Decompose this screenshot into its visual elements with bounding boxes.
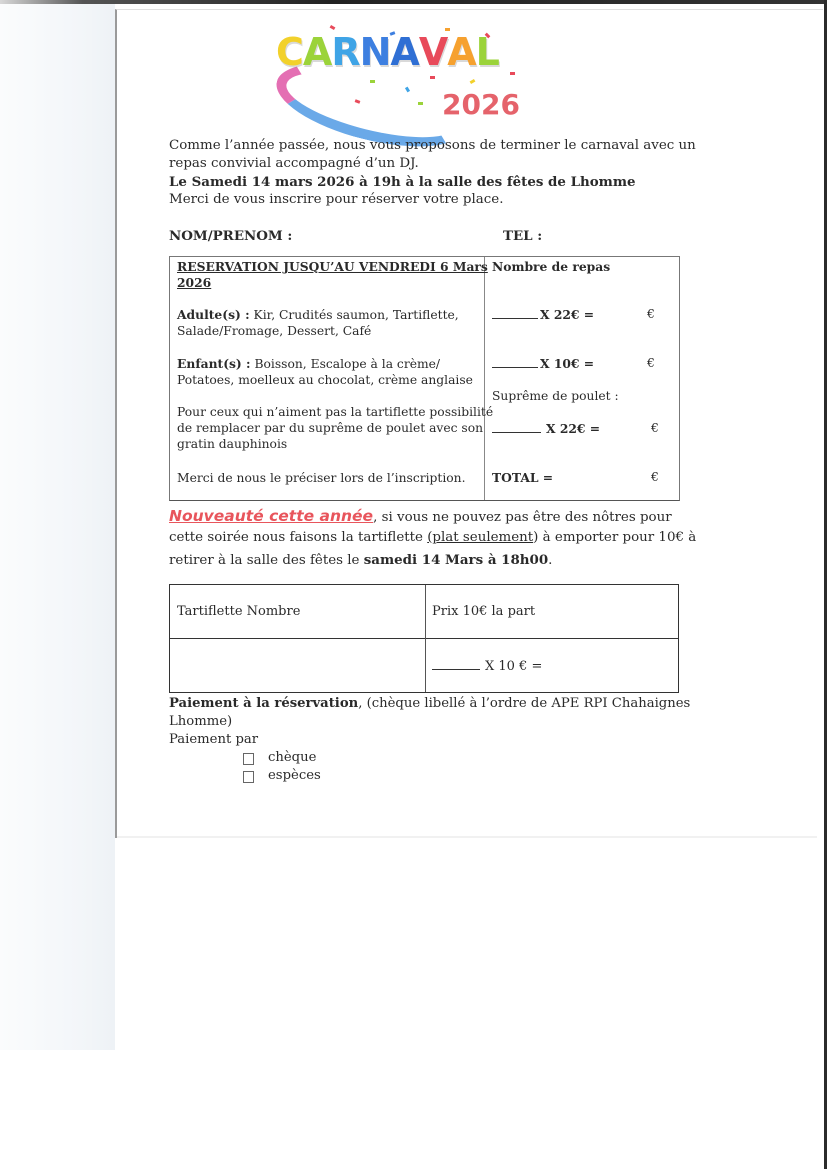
adult-label: Adulte(s) : <box>177 307 250 322</box>
cheque-option-label: chèque <box>268 749 316 768</box>
payment-title: Paiement à la réservation <box>169 696 358 711</box>
logo-letter: A <box>390 30 418 74</box>
intro-line-1: Comme l’année passée, nous vous proposon… <box>169 137 696 156</box>
logo-word: CARNAVAL <box>276 30 499 74</box>
total-label: TOTAL = <box>492 470 553 485</box>
child-total-currency: € <box>647 356 655 370</box>
child-menu-line-2: Potatoes, moelleux au chocolat, crème an… <box>177 372 473 389</box>
page-bottom-edge <box>117 836 817 838</box>
confetti-icon <box>445 28 450 31</box>
adult-quantity-blank[interactable] <box>492 307 538 319</box>
payment-method-label: Paiement par <box>169 731 258 750</box>
confetti-icon <box>510 72 515 75</box>
novelty-title: Nouveauté cette année <box>169 507 373 525</box>
alt-intro-line-3: gratin dauphinois <box>177 436 287 453</box>
confetti-icon <box>470 79 476 84</box>
pickup-date: samedi 14 Mars à 18h00 <box>364 552 548 568</box>
carnaval-logo: CARNAVAL 2026 <box>270 22 520 127</box>
logo-letter: C <box>276 30 303 74</box>
table-divider <box>425 585 426 692</box>
confetti-icon <box>418 102 423 105</box>
novelty-line-2: cette soirée nous faisons la tartiflette… <box>169 527 696 549</box>
child-label: Enfant(s) : <box>177 356 251 371</box>
novelty-line-1: Nouveauté cette année, si vous ne pouvez… <box>169 505 672 529</box>
adult-menu-line-2: Salade/Fromage, Dessert, Café <box>177 323 371 340</box>
alt-quantity-field[interactable]: X 22€ = <box>492 421 600 438</box>
adult-price: X 22€ = <box>540 307 594 322</box>
adult-total-currency: € <box>647 307 655 321</box>
payment-line-1: Paiement à la réservation, (chèque libel… <box>169 695 690 714</box>
payment-payee: , (chèque libellé à l’ordre de APE RPI C… <box>358 696 690 711</box>
child-price: X 10€ = <box>540 356 594 371</box>
cheque-checkbox[interactable] <box>243 753 254 765</box>
confetti-icon <box>370 80 375 83</box>
inscription-note: Merci de nous le préciser lors de l’insc… <box>177 470 466 487</box>
tartiflette-quantity-blank[interactable] <box>432 658 480 670</box>
tartiflette-count-field[interactable] <box>177 645 417 685</box>
adult-menu-line-1: Adulte(s) : Kir, Crudités saumon, Tartif… <box>177 307 459 324</box>
tartiflette-total-field[interactable]: X 10 € = <box>432 658 542 676</box>
child-quantity-field[interactable]: X 10€ = <box>492 356 594 373</box>
novelty-line-3-post: . <box>548 553 552 568</box>
logo-letter: V <box>419 30 447 74</box>
total-currency: € <box>651 470 659 484</box>
novelty-line-3-pre: retirer à la salle des fêtes le <box>169 553 364 568</box>
novelty-line-2-post: ) à emporter pour 10€ à <box>533 530 696 545</box>
alt-total-currency: € <box>651 421 659 435</box>
logo-letter: R <box>331 30 359 74</box>
table-divider <box>170 638 678 639</box>
reservation-table: RESERVATION JUSQU’AU VENDREDI 6 Mars 202… <box>169 256 680 501</box>
meals-count-header: Nombre de repas <box>492 259 610 276</box>
adult-quantity-field[interactable]: X 22€ = <box>492 307 594 324</box>
adult-menu-text: Kir, Crudités saumon, Tartiflette, <box>250 308 459 322</box>
scan-edge-top <box>0 0 827 4</box>
reservation-deadline-line-1: RESERVATION JUSQU’AU VENDREDI 6 Mars <box>177 259 488 276</box>
payment-line-2: Lhomme) <box>169 713 232 732</box>
intro-register-note: Merci de vous inscrire pour réserver vot… <box>169 191 503 210</box>
dish-only-note: (plat seulement <box>427 530 533 545</box>
logo-letter: A <box>303 30 331 74</box>
alt-intro-line-2: de remplacer par du suprême de poulet av… <box>177 420 483 437</box>
table-divider <box>484 257 485 500</box>
confetti-icon <box>430 76 435 79</box>
intro-line-2: repas convivial accompagné d’un DJ. <box>169 155 419 174</box>
cash-checkbox[interactable] <box>243 771 254 783</box>
logo-letter: A <box>447 30 475 74</box>
logo-letter: N <box>360 30 391 74</box>
tartiflette-price: X 10 € = <box>485 659 542 674</box>
child-quantity-blank[interactable] <box>492 356 538 368</box>
tartiflette-count-header: Tartiflette Nombre <box>177 604 300 621</box>
novelty-line-2-pre: cette soirée nous faisons la tartiflette <box>169 530 427 545</box>
novelty-line-3: retirer à la salle des fêtes le samedi 1… <box>169 549 552 572</box>
event-date-location: Le Samedi 14 mars 2026 à 19h à la salle … <box>169 173 636 192</box>
tel-label: TEL : <box>503 228 542 244</box>
novelty-line-1-text: , si vous ne pouvez pas être des nôtres … <box>373 510 672 525</box>
total-row: TOTAL = <box>492 470 553 487</box>
cash-option-label: espèces <box>268 767 321 786</box>
tartiflette-table: Tartiflette Nombre Prix 10€ la part X 10… <box>169 584 679 693</box>
alt-meal-label: Suprême de poulet : <box>492 388 619 405</box>
scan-background <box>0 0 115 1050</box>
reservation-deadline-line-2: 2026 <box>177 275 211 292</box>
child-menu-text: Boisson, Escalope à la crème/ <box>251 357 440 371</box>
name-label: NOM/PRENOM : <box>169 228 292 244</box>
tartiflette-price-header: Prix 10€ la part <box>432 604 535 621</box>
alt-quantity-blank[interactable] <box>492 421 541 433</box>
child-menu-line-1: Enfant(s) : Boisson, Escalope à la crème… <box>177 356 440 373</box>
alt-price: X 22€ = <box>546 421 600 436</box>
alt-intro-line-1: Pour ceux qui n’aiment pas la tartiflett… <box>177 404 493 421</box>
logo-year: 2026 <box>442 88 520 121</box>
